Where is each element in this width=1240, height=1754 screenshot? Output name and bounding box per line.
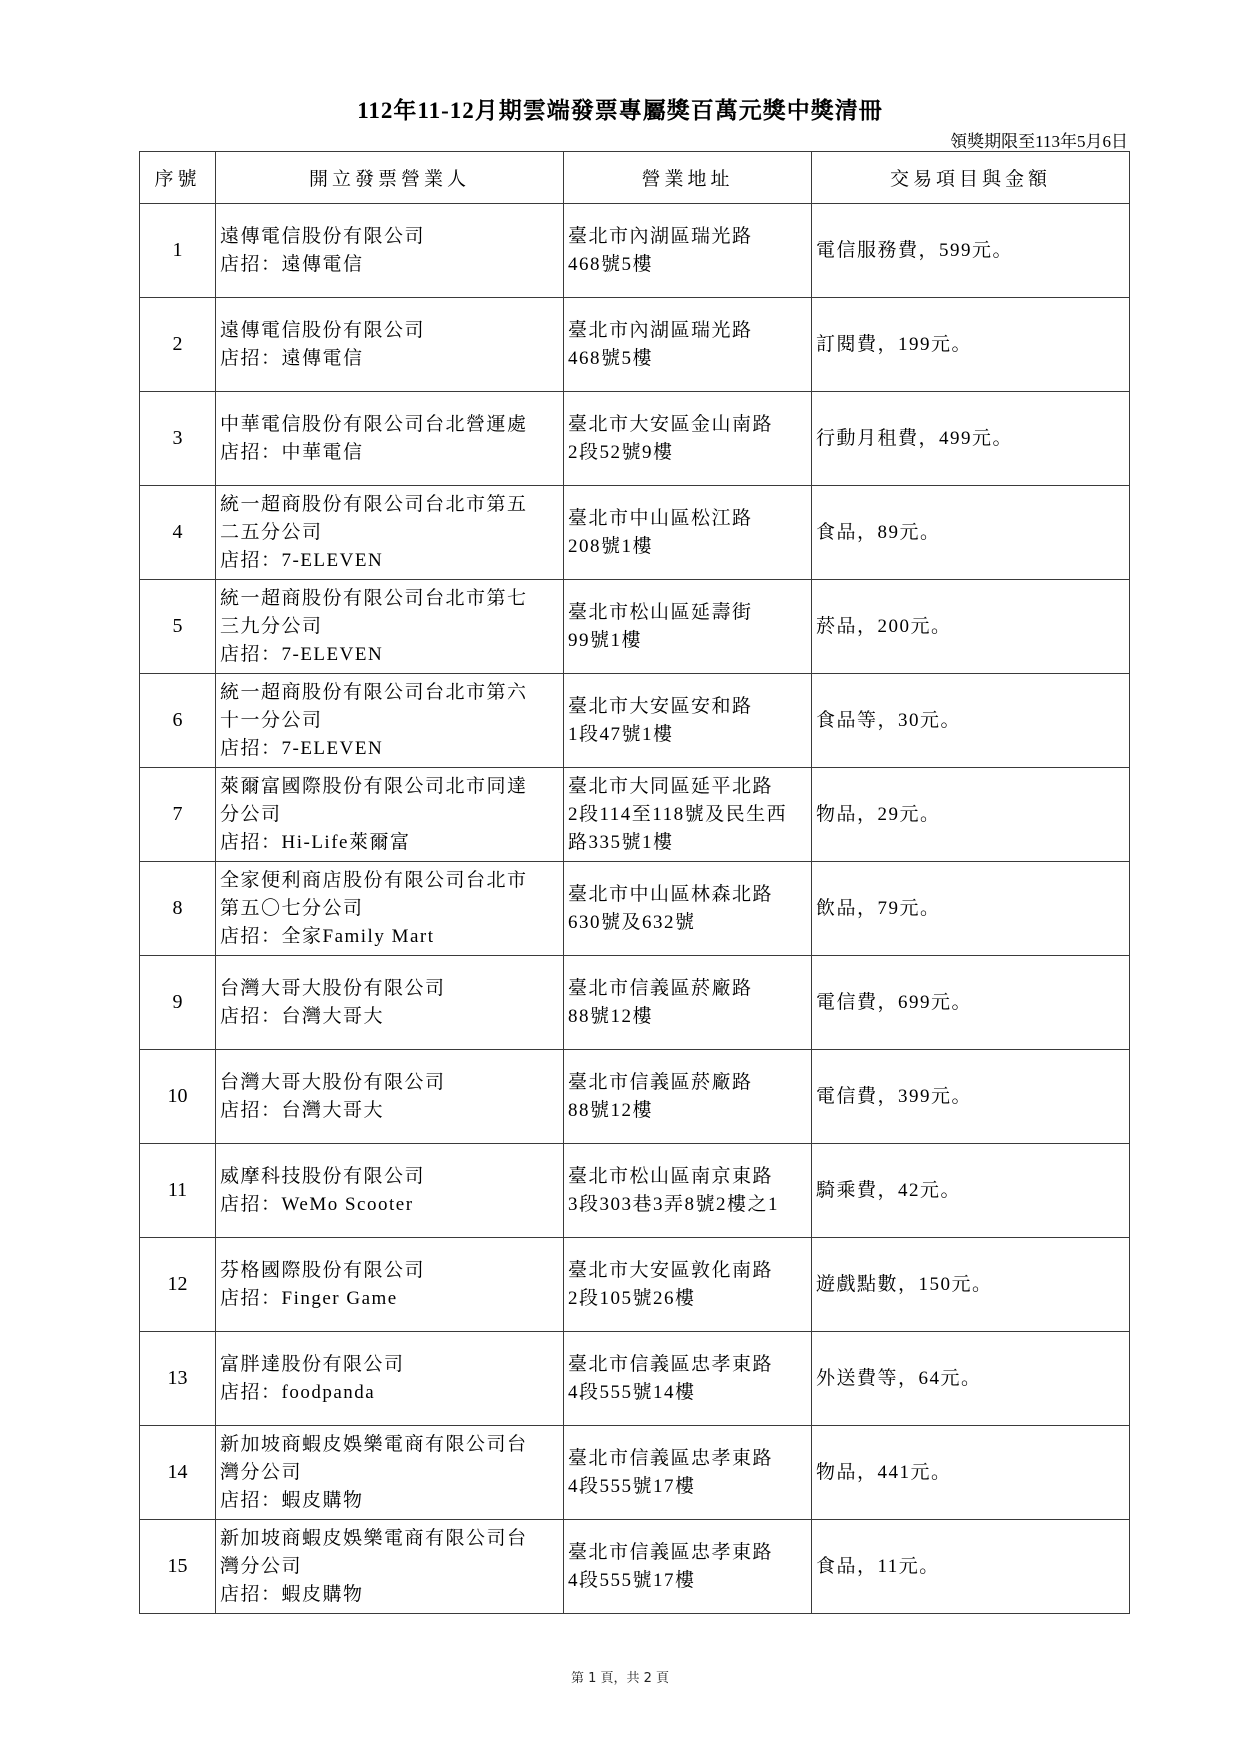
- row-merchant: 芬格國際股份有限公司店招：Finger Game: [216, 1238, 564, 1332]
- address-line: 臺北市大安區安和路: [568, 693, 807, 721]
- merchant-line: 店招：台灣大哥大: [220, 1003, 559, 1031]
- merchant-line: 店招：蝦皮購物: [220, 1581, 559, 1609]
- address-line: 臺北市中山區松江路: [568, 505, 807, 533]
- merchant-line: 富胖達股份有限公司: [220, 1351, 559, 1379]
- row-seq: 12: [140, 1238, 216, 1332]
- address-line: 4段555號14樓: [568, 1379, 807, 1407]
- header-merchant: 開立發票營業人: [216, 152, 564, 204]
- table-row: 1遠傳電信股份有限公司店招：遠傳電信臺北市內湖區瑞光路468號5樓電信服務費，5…: [140, 204, 1130, 298]
- address-line: 臺北市信義區忠孝東路: [568, 1539, 807, 1567]
- address-line: 2段52號9樓: [568, 439, 807, 467]
- merchant-line: 三九分公司: [220, 613, 559, 641]
- table-row: 6統一超商股份有限公司台北市第六十一分公司店招：7-ELEVEN臺北市大安區安和…: [140, 674, 1130, 768]
- row-merchant: 全家便利商店股份有限公司台北市第五〇七分公司店招：全家Family Mart: [216, 862, 564, 956]
- header-address: 營業地址: [564, 152, 812, 204]
- address-line: 2段114至118號及民生西: [568, 801, 807, 829]
- row-seq: 2: [140, 298, 216, 392]
- row-seq: 6: [140, 674, 216, 768]
- merchant-line: 台灣大哥大股份有限公司: [220, 975, 559, 1003]
- row-seq: 10: [140, 1050, 216, 1144]
- table-row: 15新加坡商蝦皮娛樂電商有限公司台灣分公司店招：蝦皮購物臺北市信義區忠孝東路4段…: [140, 1520, 1130, 1614]
- table-body: 1遠傳電信股份有限公司店招：遠傳電信臺北市內湖區瑞光路468號5樓電信服務費，5…: [140, 204, 1130, 1614]
- address-line: 臺北市內湖區瑞光路: [568, 317, 807, 345]
- address-line: 630號及632號: [568, 909, 807, 937]
- table-row: 7萊爾富國際股份有限公司北市同達分公司店招：Hi-Life萊爾富臺北市大同區延平…: [140, 768, 1130, 862]
- address-line: 88號12樓: [568, 1003, 807, 1031]
- table-row: 9台灣大哥大股份有限公司店招：台灣大哥大臺北市信義區菸廠路88號12樓電信費，6…: [140, 956, 1130, 1050]
- table-row: 8全家便利商店股份有限公司台北市第五〇七分公司店招：全家Family Mart臺…: [140, 862, 1130, 956]
- row-seq: 11: [140, 1144, 216, 1238]
- merchant-line: 新加坡商蝦皮娛樂電商有限公司台: [220, 1525, 559, 1553]
- row-merchant: 威摩科技股份有限公司店招：WeMo Scooter: [216, 1144, 564, 1238]
- claim-deadline: 領獎期限至113年5月6日: [950, 127, 1128, 152]
- row-item-amount: 遊戲點數，150元。: [812, 1238, 1130, 1332]
- row-item-amount: 食品，89元。: [812, 486, 1130, 580]
- address-line: 2段105號26樓: [568, 1285, 807, 1313]
- address-line: 468號5樓: [568, 345, 807, 373]
- merchant-line: 店招：台灣大哥大: [220, 1097, 559, 1125]
- row-merchant: 新加坡商蝦皮娛樂電商有限公司台灣分公司店招：蝦皮購物: [216, 1426, 564, 1520]
- row-item-amount: 外送費等，64元。: [812, 1332, 1130, 1426]
- row-address: 臺北市內湖區瑞光路468號5樓: [564, 204, 812, 298]
- row-seq: 9: [140, 956, 216, 1050]
- merchant-line: 店招：foodpanda: [220, 1379, 559, 1407]
- merchant-line: 店招：遠傳電信: [220, 345, 559, 373]
- row-address: 臺北市信義區菸廠路88號12樓: [564, 956, 812, 1050]
- merchant-line: 分公司: [220, 801, 559, 829]
- row-merchant: 遠傳電信股份有限公司店招：遠傳電信: [216, 204, 564, 298]
- row-merchant: 富胖達股份有限公司店招：foodpanda: [216, 1332, 564, 1426]
- merchant-line: 店招：遠傳電信: [220, 251, 559, 279]
- address-line: 臺北市內湖區瑞光路: [568, 223, 807, 251]
- address-line: 4段555號17樓: [568, 1567, 807, 1595]
- address-line: 208號1樓: [568, 533, 807, 561]
- table-header-row: 序號 開立發票營業人 營業地址 交易項目與金額: [140, 152, 1130, 204]
- merchant-line: 第五〇七分公司: [220, 895, 559, 923]
- row-address: 臺北市大安區金山南路2段52號9樓: [564, 392, 812, 486]
- merchant-line: 遠傳電信股份有限公司: [220, 223, 559, 251]
- address-line: 臺北市大同區延平北路: [568, 773, 807, 801]
- row-seq: 7: [140, 768, 216, 862]
- row-merchant: 統一超商股份有限公司台北市第七三九分公司店招：7-ELEVEN: [216, 580, 564, 674]
- merchant-line: 台灣大哥大股份有限公司: [220, 1069, 559, 1097]
- table-row: 13富胖達股份有限公司店招：foodpanda臺北市信義區忠孝東路4段555號1…: [140, 1332, 1130, 1426]
- row-address: 臺北市松山區南京東路3段303巷3弄8號2樓之1: [564, 1144, 812, 1238]
- row-item-amount: 菸品，200元。: [812, 580, 1130, 674]
- row-item-amount: 食品等，30元。: [812, 674, 1130, 768]
- merchant-line: 灣分公司: [220, 1553, 559, 1581]
- row-merchant: 中華電信股份有限公司台北營運處店招：中華電信: [216, 392, 564, 486]
- row-merchant: 台灣大哥大股份有限公司店招：台灣大哥大: [216, 1050, 564, 1144]
- row-merchant: 遠傳電信股份有限公司店招：遠傳電信: [216, 298, 564, 392]
- table-row: 2遠傳電信股份有限公司店招：遠傳電信臺北市內湖區瑞光路468號5樓訂閱費，199…: [140, 298, 1130, 392]
- table-row: 10台灣大哥大股份有限公司店招：台灣大哥大臺北市信義區菸廠路88號12樓電信費，…: [140, 1050, 1130, 1144]
- merchant-line: 十一分公司: [220, 707, 559, 735]
- address-line: 臺北市信義區忠孝東路: [568, 1445, 807, 1473]
- table-row: 11威摩科技股份有限公司店招：WeMo Scooter臺北市松山區南京東路3段3…: [140, 1144, 1130, 1238]
- merchant-line: 中華電信股份有限公司台北營運處: [220, 411, 559, 439]
- row-address: 臺北市信義區忠孝東路4段555號17樓: [564, 1520, 812, 1614]
- row-address: 臺北市信義區忠孝東路4段555號14樓: [564, 1332, 812, 1426]
- merchant-line: 店招：WeMo Scooter: [220, 1191, 559, 1219]
- merchant-line: 店招：7-ELEVEN: [220, 547, 559, 575]
- address-line: 臺北市大安區敦化南路: [568, 1257, 807, 1285]
- merchant-line: 店招：蝦皮購物: [220, 1487, 559, 1515]
- table-row: 5統一超商股份有限公司台北市第七三九分公司店招：7-ELEVEN臺北市松山區延壽…: [140, 580, 1130, 674]
- merchant-line: 全家便利商店股份有限公司台北市: [220, 867, 559, 895]
- address-line: 1段47號1樓: [568, 721, 807, 749]
- merchant-line: 店招：中華電信: [220, 439, 559, 467]
- row-seq: 4: [140, 486, 216, 580]
- row-address: 臺北市中山區松江路208號1樓: [564, 486, 812, 580]
- address-line: 4段555號17樓: [568, 1473, 807, 1501]
- row-seq: 13: [140, 1332, 216, 1426]
- row-merchant: 台灣大哥大股份有限公司店招：台灣大哥大: [216, 956, 564, 1050]
- merchant-line: 芬格國際股份有限公司: [220, 1257, 559, 1285]
- table-row: 3中華電信股份有限公司台北營運處店招：中華電信臺北市大安區金山南路2段52號9樓…: [140, 392, 1130, 486]
- merchant-line: 新加坡商蝦皮娛樂電商有限公司台: [220, 1431, 559, 1459]
- address-line: 臺北市信義區忠孝東路: [568, 1351, 807, 1379]
- row-merchant: 新加坡商蝦皮娛樂電商有限公司台灣分公司店招：蝦皮購物: [216, 1520, 564, 1614]
- row-seq: 8: [140, 862, 216, 956]
- merchant-line: 店招：Hi-Life萊爾富: [220, 829, 559, 857]
- row-item-amount: 物品，441元。: [812, 1426, 1130, 1520]
- page-footer: 第 1 頁，共 2 頁: [0, 1667, 1240, 1686]
- merchant-line: 統一超商股份有限公司台北市第七: [220, 585, 559, 613]
- row-item-amount: 騎乘費，42元。: [812, 1144, 1130, 1238]
- row-merchant: 統一超商股份有限公司台北市第五二五分公司店招：7-ELEVEN: [216, 486, 564, 580]
- address-line: 99號1樓: [568, 627, 807, 655]
- address-line: 臺北市信義區菸廠路: [568, 1069, 807, 1097]
- row-address: 臺北市信義區菸廠路88號12樓: [564, 1050, 812, 1144]
- row-seq: 1: [140, 204, 216, 298]
- row-address: 臺北市大同區延平北路2段114至118號及民生西路335號1樓: [564, 768, 812, 862]
- address-line: 468號5樓: [568, 251, 807, 279]
- row-item-amount: 食品，11元。: [812, 1520, 1130, 1614]
- table-row: 14新加坡商蝦皮娛樂電商有限公司台灣分公司店招：蝦皮購物臺北市信義區忠孝東路4段…: [140, 1426, 1130, 1520]
- address-line: 臺北市中山區林森北路: [568, 881, 807, 909]
- address-line: 臺北市大安區金山南路: [568, 411, 807, 439]
- row-item-amount: 訂閱費，199元。: [812, 298, 1130, 392]
- merchant-line: 統一超商股份有限公司台北市第六: [220, 679, 559, 707]
- row-item-amount: 電信費，699元。: [812, 956, 1130, 1050]
- address-line: 3段303巷3弄8號2樓之1: [568, 1191, 807, 1219]
- row-seq: 14: [140, 1426, 216, 1520]
- header-seq: 序號: [140, 152, 216, 204]
- row-address: 臺北市內湖區瑞光路468號5樓: [564, 298, 812, 392]
- merchant-line: 統一超商股份有限公司台北市第五: [220, 491, 559, 519]
- address-line: 臺北市松山區延壽街: [568, 599, 807, 627]
- merchant-line: 威摩科技股份有限公司: [220, 1163, 559, 1191]
- row-address: 臺北市大安區安和路1段47號1樓: [564, 674, 812, 768]
- row-merchant: 萊爾富國際股份有限公司北市同達分公司店招：Hi-Life萊爾富: [216, 768, 564, 862]
- row-seq: 15: [140, 1520, 216, 1614]
- merchant-line: 遠傳電信股份有限公司: [220, 317, 559, 345]
- row-seq: 5: [140, 580, 216, 674]
- merchant-line: 二五分公司: [220, 519, 559, 547]
- row-seq: 3: [140, 392, 216, 486]
- merchant-line: 萊爾富國際股份有限公司北市同達: [220, 773, 559, 801]
- row-address: 臺北市松山區延壽街99號1樓: [564, 580, 812, 674]
- table-row: 12芬格國際股份有限公司店招：Finger Game臺北市大安區敦化南路2段10…: [140, 1238, 1130, 1332]
- row-address: 臺北市大安區敦化南路2段105號26樓: [564, 1238, 812, 1332]
- merchant-line: 店招：7-ELEVEN: [220, 735, 559, 763]
- row-item-amount: 電信服務費，599元。: [812, 204, 1130, 298]
- address-line: 臺北市信義區菸廠路: [568, 975, 807, 1003]
- row-item-amount: 物品，29元。: [812, 768, 1130, 862]
- address-line: 88號12樓: [568, 1097, 807, 1125]
- row-item-amount: 飲品，79元。: [812, 862, 1130, 956]
- header-item-amount: 交易項目與金額: [812, 152, 1130, 204]
- row-address: 臺北市中山區林森北路630號及632號: [564, 862, 812, 956]
- merchant-line: 店招：Finger Game: [220, 1285, 559, 1313]
- merchant-line: 店招：全家Family Mart: [220, 923, 559, 951]
- row-item-amount: 電信費，399元。: [812, 1050, 1130, 1144]
- row-address: 臺北市信義區忠孝東路4段555號17樓: [564, 1426, 812, 1520]
- address-line: 路335號1樓: [568, 829, 807, 857]
- winners-table: 序號 開立發票營業人 營業地址 交易項目與金額 1遠傳電信股份有限公司店招：遠傳…: [139, 151, 1130, 1614]
- row-item-amount: 行動月租費，499元。: [812, 392, 1130, 486]
- merchant-line: 店招：7-ELEVEN: [220, 641, 559, 669]
- table-row: 4統一超商股份有限公司台北市第五二五分公司店招：7-ELEVEN臺北市中山區松江…: [140, 486, 1130, 580]
- address-line: 臺北市松山區南京東路: [568, 1163, 807, 1191]
- row-merchant: 統一超商股份有限公司台北市第六十一分公司店招：7-ELEVEN: [216, 674, 564, 768]
- document-title: 112年11-12月期雲端發票專屬獎百萬元獎中獎清冊: [0, 92, 1240, 125]
- merchant-line: 灣分公司: [220, 1459, 559, 1487]
